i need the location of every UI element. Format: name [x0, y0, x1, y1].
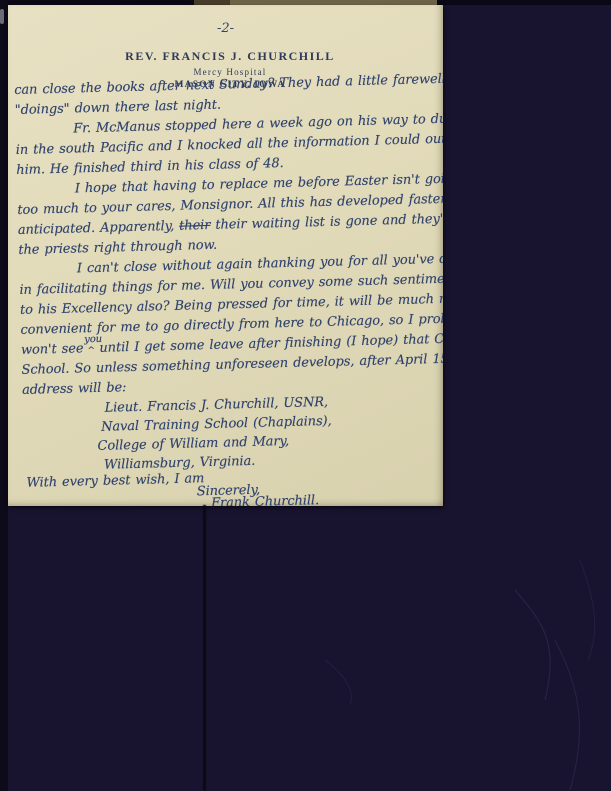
scanner-scratches — [0, 0, 611, 791]
scan-background: -2- REV. FRANCIS J. CHURCHILL Mercy Hosp… — [0, 0, 611, 791]
